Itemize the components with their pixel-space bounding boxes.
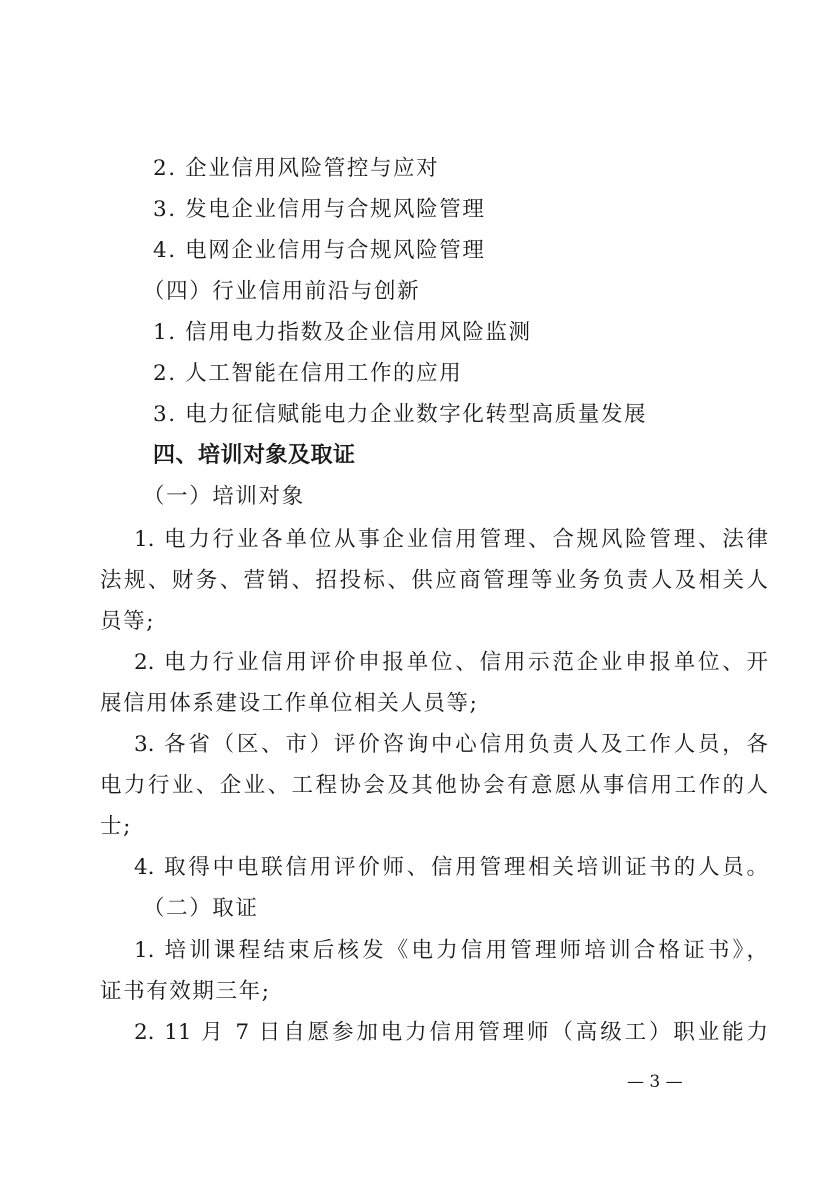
text-line: 法规、财务、营销、招投标、供应商管理等业务负责人及相关人 xyxy=(100,567,768,595)
subsection-heading: （二）取证 xyxy=(143,895,259,923)
page-number: — 3 — xyxy=(627,1072,683,1092)
text-line: 3. 电力征信赋能电力企业数字化转型高质量发展 xyxy=(153,401,647,429)
subsection-heading: （四）行业信用前沿与创新 xyxy=(143,278,420,306)
text-line: 电力行业、企业、工程协会及其他协会有意愿从事信用工作的人 xyxy=(100,772,768,800)
text-line: 2. 11 月 7 日自愿参加电力信用管理师（高级工）职业能力 xyxy=(134,1019,768,1047)
subsection-heading: （一）培训对象 xyxy=(143,483,305,511)
text-line: 2. 人工智能在信用工作的应用 xyxy=(153,360,462,388)
text-line: 1. 信用电力指数及企业信用风险监测 xyxy=(153,319,532,347)
text-line: 4. 取得中电联信用评价师、信用管理相关培训证书的人员。 xyxy=(134,854,768,882)
text-line: 2. 电力行业信用评价申报单位、信用示范企业申报单位、开 xyxy=(134,649,768,677)
text-line: 1. 培训课程结束后核发《电力信用管理师培训合格证书》， xyxy=(134,937,768,965)
text-line: 2. 企业信用风险管控与应对 xyxy=(153,155,439,183)
text-line: 员等; xyxy=(100,608,155,636)
text-line: 士; xyxy=(100,813,132,841)
text-line: 1. 电力行业各单位从事企业信用管理、合规风险管理、法律 xyxy=(134,526,768,554)
text-line: 3. 发电企业信用与合规风险管理 xyxy=(153,196,485,224)
text-line: 3. 各省（区、市）评价咨询中心信用负责人及工作人员，各 xyxy=(134,731,768,759)
text-line: 展信用体系建设工作单位相关人员等; xyxy=(100,690,478,718)
text-line: 证书有效期三年; xyxy=(100,978,271,1006)
text-line: 4. 电网企业信用与合规风险管理 xyxy=(153,237,485,265)
document-page: 2. 企业信用风险管控与应对3. 发电企业信用与合规风险管理4. 电网企业信用与… xyxy=(0,0,836,1179)
section-heading: 四、培训对象及取证 xyxy=(153,442,356,470)
